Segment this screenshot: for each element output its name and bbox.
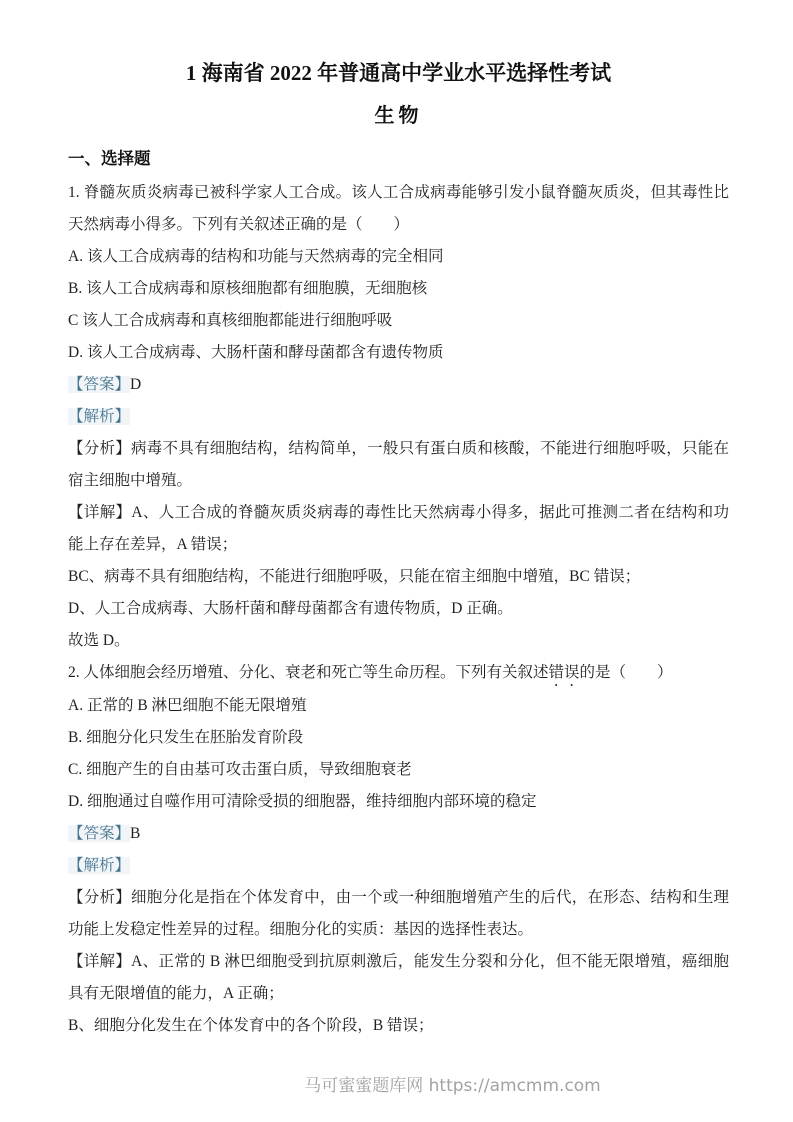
question-block-2: 2. 人体细胞会经历增殖、分化、衰老和死亡等生命历程。下列有关叙述错误的是（ ）… [68, 657, 729, 1042]
answer-label: 【答案】 [68, 376, 130, 393]
answer-label: 【答案】 [68, 825, 130, 842]
option-c: C 该人工合成病毒和真核细胞都能进行细胞呼吸 [68, 305, 729, 337]
option-d: D. 该人工合成病毒、大肠杆菌和酵母菌都含有遗传物质 [68, 337, 729, 369]
section-heading: 一、选择题 [68, 146, 729, 172]
detail-paragraph: 【详解】A、人工合成的脊髓灰质炎病毒的毒性比天然病毒小得多，据此可推测二者在结构… [68, 497, 729, 561]
detail-paragraph: D、人工合成病毒、大肠杆菌和酵母菌都含有遗传物质，D 正确。 [68, 593, 729, 625]
analysis-paragraph: 【分析】细胞分化是指在个体发育中，由一个或一种细胞增殖产生的后代，在形态、结构和… [68, 882, 729, 946]
footer-watermark: 马可蜜蜜题库网 https://amcmm.com [0, 1071, 793, 1096]
option-b: B. 细胞分化只发生在胚胎发育阶段 [68, 722, 729, 754]
analysis-label: 【解析】 [68, 408, 130, 425]
answer-value: B [130, 825, 140, 842]
option-d: D. 细胞通过自噬作用可清除受损的细胞器，维持细胞内部环境的稳定 [68, 786, 729, 818]
subject-subtitle: 生物 [68, 101, 729, 131]
stem-emphasized-word: 错误 [549, 664, 580, 681]
detail-paragraph: B、细胞分化发生在个体发育中的各个阶段，B 错误； [68, 1010, 729, 1042]
stem-text: 的是（ ） [580, 664, 673, 681]
stem-text: 2. 人体细胞会经历增殖、分化、衰老和死亡等生命历程。下列有关叙述 [68, 664, 549, 681]
option-c: C. 细胞产生的自由基可攻击蛋白质，导致细胞衰老 [68, 754, 729, 786]
analysis-header: 【解析】 [68, 850, 729, 882]
option-a: A. 正常的 B 淋巴细胞不能无限增殖 [68, 690, 729, 722]
question-stem: 2. 人体细胞会经历增殖、分化、衰老和死亡等生命历程。下列有关叙述错误的是（ ） [68, 657, 729, 690]
conclusion-paragraph: 故选 D。 [68, 625, 729, 657]
answer-value: D [130, 376, 141, 393]
exam-page: 1 海南省 2022 年普通高中学业水平选择性考试 生物 一、选择题 1. 脊髓… [0, 0, 793, 1042]
option-b: B. 该人工合成病毒和原核细胞都有细胞膜，无细胞核 [68, 273, 729, 305]
option-a: A. 该人工合成病毒的结构和功能与天然病毒的完全相同 [68, 241, 729, 273]
answer-line: 【答案】B [68, 818, 729, 850]
analysis-paragraph: 【分析】病毒不具有细胞结构，结构简单，一般只有蛋白质和核酸，不能进行细胞呼吸，只… [68, 433, 729, 497]
question-block-1: 1. 脊髓灰质炎病毒已被科学家人工合成。该人工合成病毒能够引发小鼠脊髓灰质炎，但… [68, 177, 729, 657]
detail-paragraph: 【详解】A、正常的 B 淋巴细胞受到抗原刺激后，能发生分裂和分化，但不能无限增殖… [68, 946, 729, 1010]
answer-line: 【答案】D [68, 369, 729, 401]
question-stem: 1. 脊髓灰质炎病毒已被科学家人工合成。该人工合成病毒能够引发小鼠脊髓灰质炎，但… [68, 177, 729, 241]
detail-paragraph: BC、病毒不具有细胞结构，不能进行细胞呼吸，只能在宿主细胞中增殖，BC 错误； [68, 561, 729, 593]
analysis-label: 【解析】 [68, 857, 130, 874]
analysis-header: 【解析】 [68, 401, 729, 433]
page-title: 1 海南省 2022 年普通高中学业水平选择性考试 [68, 58, 729, 88]
